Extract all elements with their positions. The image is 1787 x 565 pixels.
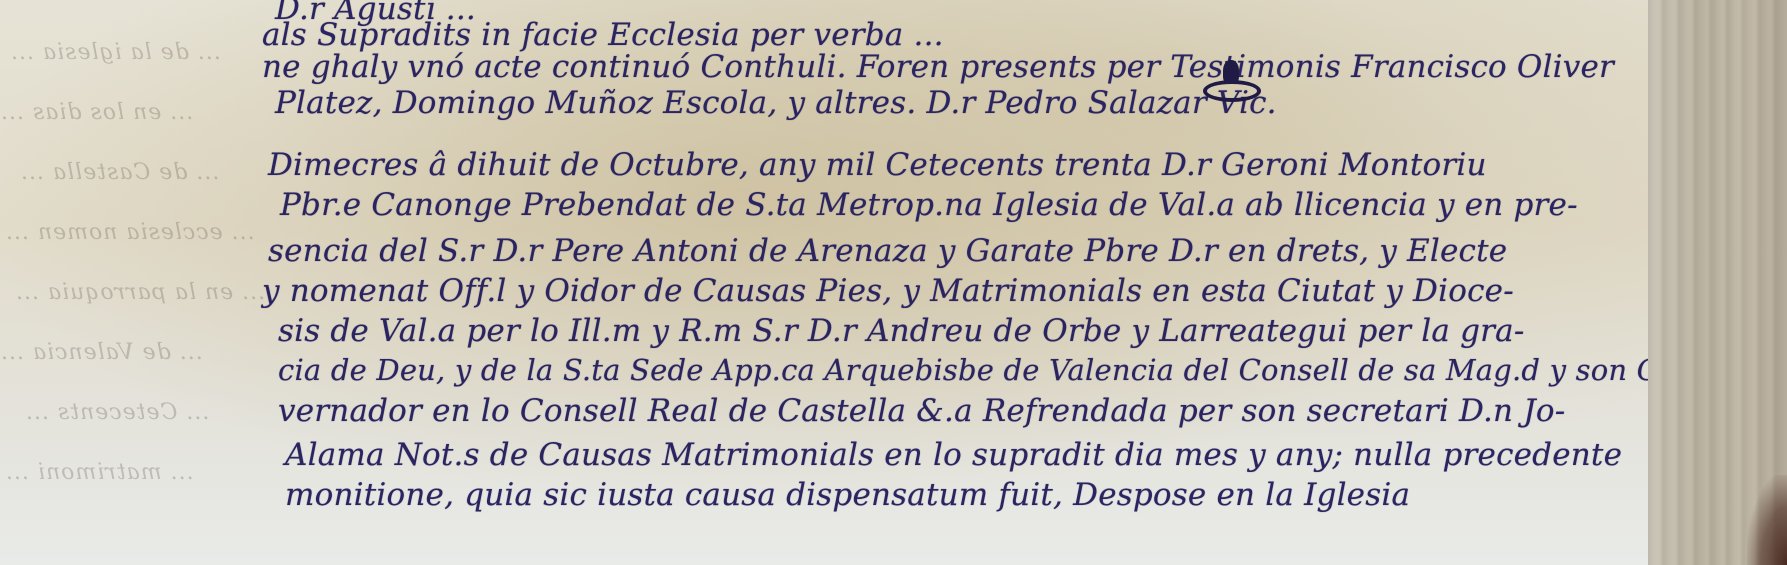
bleed-line: ... de Castella ... (20, 160, 219, 185)
bleed-line: ... Cetecents ... (25, 400, 209, 425)
manuscript-line-7: sencia del S.r D.r Pere Antoni de Arenaz… (268, 236, 1507, 267)
manuscript-line-8: y nomenat Off.l y Oidor de Causas Pies, … (262, 276, 1514, 307)
bleed-line: ... matrimoni ... (5, 460, 194, 485)
binding-shadow (1747, 475, 1787, 565)
manuscript-line-3: ne ghaly vnó acte continuó Conthuli. For… (262, 52, 1614, 83)
book-spine-edge (1648, 0, 1787, 565)
bleed-line: ... de Valencia ... (0, 340, 203, 365)
manuscript-line-2: als Supradits in facie Ecclesia per verb… (262, 20, 944, 51)
manuscript-line-13: monitione, quia sic iusta causa dispensa… (285, 480, 1410, 511)
manuscript-line-10: cia de Deu, y de la S.ta Sede App.ca Arq… (278, 356, 1688, 385)
manuscript-line-4: Platez, Domingo Muñoz Escola, y altres. … (275, 88, 1277, 119)
manuscript-page: ... de la iglesia ... ... en los dias ..… (0, 0, 1650, 565)
bleed-line: ... en la parroquia ... (15, 280, 265, 305)
bleed-through-text: ... de la iglesia ... ... en los dias ..… (0, 0, 300, 565)
bleed-line: ... en los dias ... (0, 100, 193, 125)
manuscript-line-5: Dimecres â dihuit de Octubre, any mil Ce… (268, 150, 1487, 181)
bleed-line: ... de la iglesia ... (10, 40, 221, 65)
manuscript-line-12: Alama Not.s de Causas Matrimonials en lo… (285, 440, 1622, 471)
manuscript-line-9: sis de Val.a per lo Ill.m y R.m S.r D.r … (278, 316, 1525, 347)
bleed-line: ... ecclesia nomen ... (5, 220, 255, 245)
manuscript-line-6: Pbr.e Canonge Prebendat de S.ta Metrop.n… (280, 190, 1578, 221)
manuscript-line-11: vernador en lo Consell Real de Castella … (278, 396, 1565, 427)
signature-flourish-icon (1195, 60, 1263, 100)
